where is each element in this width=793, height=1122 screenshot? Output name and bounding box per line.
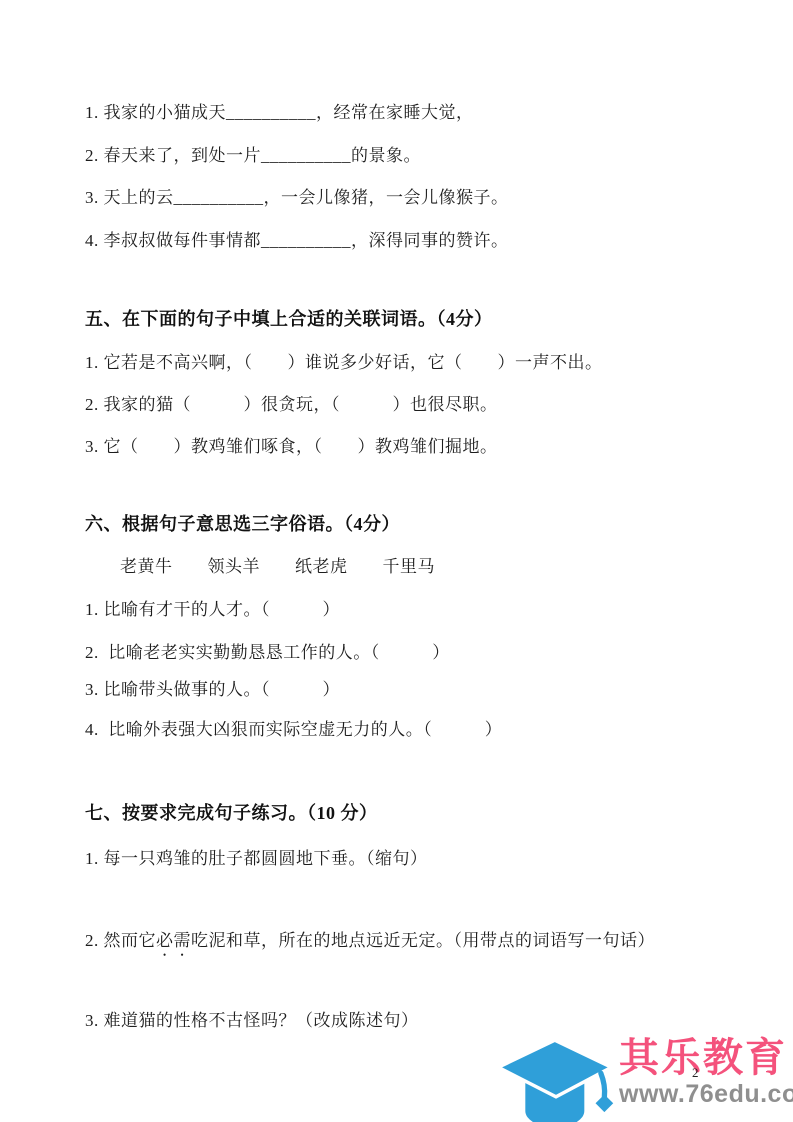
graduation-cap-icon bbox=[497, 1040, 615, 1122]
fill-blank-question-2: 2. 春天来了，到处一片__________的景象。 bbox=[85, 145, 421, 167]
fill-blank-question-3: 3. 天上的云__________，一会儿像猪，一会儿像猴子。 bbox=[85, 187, 509, 209]
section-five-question-1: 1. 它若是不高兴啊，（ ）谁说多少好话，它（ ）一声不出。 bbox=[85, 352, 603, 374]
section-five-question-3: 3. 它（ ）教鸡雏们啄食，（ ）教鸡雏们掘地。 bbox=[85, 436, 498, 458]
section-seven-question-2: 2. 然而它必需吃泥和草，所在的地点远近无定。（用带点的词语写一句话） bbox=[85, 930, 655, 960]
section-six-question-2: 2. 比喻老老实实勤勤恳恳工作的人。（ ） bbox=[85, 642, 450, 664]
logo-text-block: 其乐教育 www.76edu.com bbox=[619, 1036, 793, 1107]
section-five-heading: 五、在下面的句子中填上合适的关联词语。（4分） bbox=[85, 308, 493, 330]
exam-paper-page: 1. 我家的小猫成天__________，经常在家睡大觉， 2. 春天来了，到处… bbox=[0, 0, 793, 1122]
section-six-question-3: 3. 比喻带头做事的人。（ ） bbox=[85, 679, 340, 701]
section-six-options: 老黄牛 领头羊 纸老虎 千里马 bbox=[120, 556, 435, 578]
question-text-after: 吃泥和草，所在的地点远近无定。（用带点的词语写一句话） bbox=[191, 931, 655, 950]
footer-logo: 其乐教育 www.76edu.com bbox=[497, 1036, 793, 1122]
question-text-before: 2. 然而它 bbox=[85, 931, 156, 950]
brand-name: 其乐教育 bbox=[619, 1036, 793, 1080]
emphasized-words: 必需 bbox=[156, 931, 191, 950]
section-seven-question-1: 1. 每一只鸡雏的肚子都圆圆地下垂。（缩句） bbox=[85, 848, 428, 870]
page-number: 2 bbox=[692, 1065, 699, 1081]
section-five-question-2: 2. 我家的猫（ ）很贪玩，（ ）也很尽职。 bbox=[85, 394, 498, 416]
fill-blank-question-4: 4. 李叔叔做每件事情都__________，深得同事的赞许。 bbox=[85, 230, 509, 252]
website-url: www.76edu.com bbox=[619, 1081, 793, 1107]
fill-blank-question-1: 1. 我家的小猫成天__________，经常在家睡大觉， bbox=[85, 102, 474, 124]
section-six-question-1: 1. 比喻有才干的人才。（ ） bbox=[85, 599, 340, 621]
section-six-heading: 六、根据句子意思选三字俗语。（4分） bbox=[85, 513, 400, 535]
section-six-question-4: 4. 比喻外表强大凶狠而实际空虚无力的人。（ ） bbox=[85, 719, 502, 741]
section-seven-question-3: 3. 难道猫的性格不古怪吗？（改成陈述句） bbox=[85, 1010, 419, 1032]
section-seven-heading: 七、按要求完成句子练习。（10 分） bbox=[85, 802, 378, 824]
